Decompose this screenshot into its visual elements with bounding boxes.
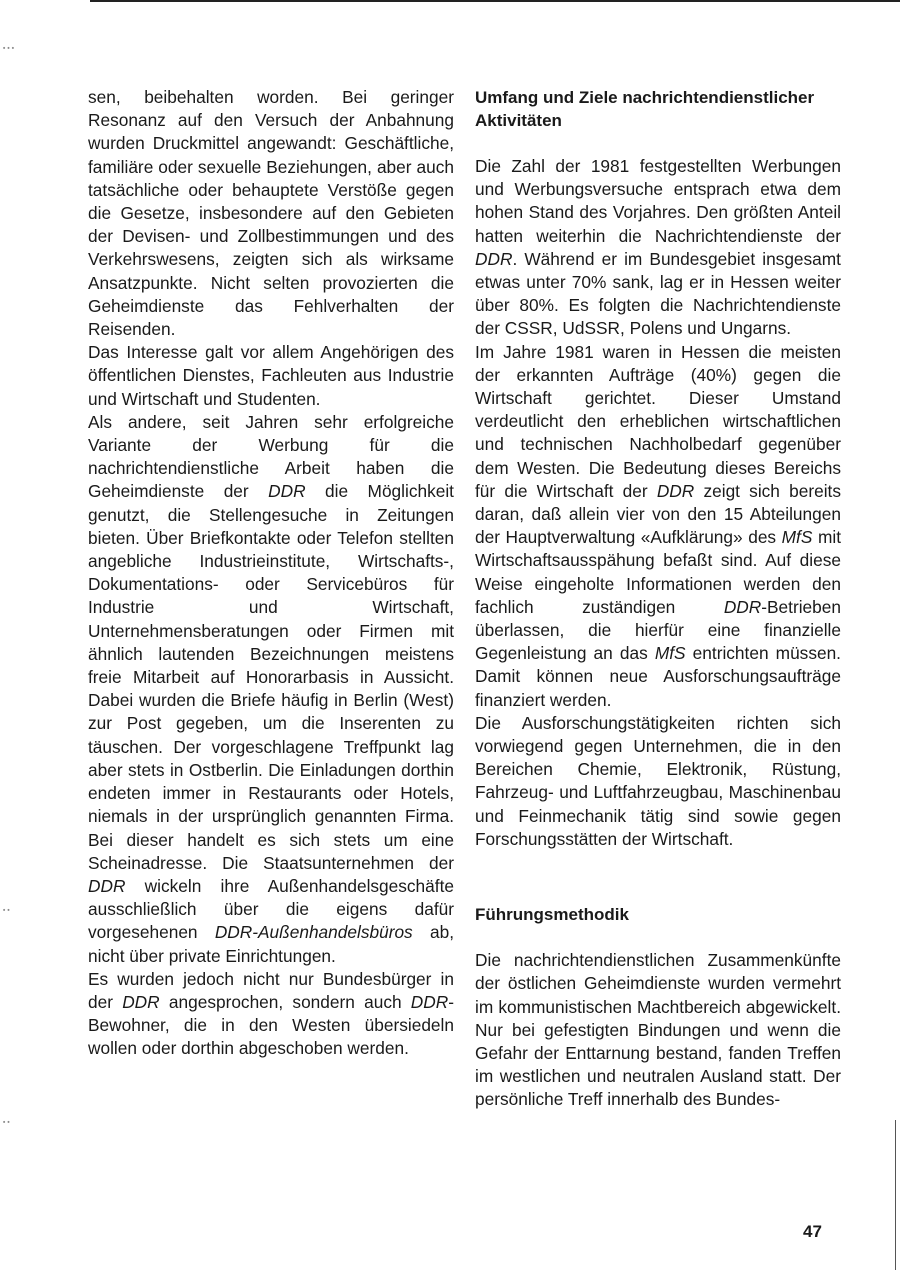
emphasis-ddr-aussenhandelsbueros: DDR-Außenhandelsbüros <box>215 922 413 942</box>
paragraph: Das Interesse galt vor allem Angehörigen… <box>88 341 454 411</box>
paragraph: Die Zahl der 1981 festgestellten Werbung… <box>475 155 841 341</box>
emphasis-mfs: MfS <box>782 527 813 547</box>
scan-artifact: ∙∙ <box>2 906 11 914</box>
scan-artifact: ∙∙ <box>2 1118 11 1126</box>
paragraph: sen, beibehalten worden. Bei geringer Re… <box>88 86 454 341</box>
paragraph: Es wurden jedoch nicht nur Bundesbürger … <box>88 968 454 1061</box>
emphasis-ddr: DDR <box>475 249 512 269</box>
emphasis-ddr: DDR <box>268 481 305 501</box>
paragraph: Im Jahre 1981 waren in Hessen die meiste… <box>475 341 841 712</box>
emphasis-ddr: DDR <box>657 481 694 501</box>
top-rule <box>90 0 900 2</box>
page-number: 47 <box>803 1222 822 1242</box>
right-column: Umfang und Ziele nachrichtendienstlicher… <box>475 86 841 1112</box>
emphasis-ddr: DDR <box>724 597 761 617</box>
emphasis-ddr: DDR <box>411 992 448 1012</box>
paragraph: Die Ausforschungstätigkeiten richten sic… <box>475 712 841 851</box>
emphasis-ddr: DDR <box>122 992 159 1012</box>
emphasis-mfs: MfS <box>655 643 686 663</box>
left-column: sen, beibehalten worden. Bei geringer Re… <box>88 86 454 1061</box>
paragraph: Die nachrichtendienstlichen Zusammenkünf… <box>475 949 841 1111</box>
paragraph: Als andere, seit Jahren sehr erfolgreich… <box>88 411 454 968</box>
scan-artifact: ∙∙∙ <box>2 44 15 52</box>
emphasis-ddr: DDR <box>88 876 125 896</box>
section-heading: Umfang und Ziele nachrichtendienstlicher… <box>475 86 841 132</box>
section-heading: Führungsmethodik <box>475 903 841 926</box>
page-edge-line <box>895 1120 896 1270</box>
